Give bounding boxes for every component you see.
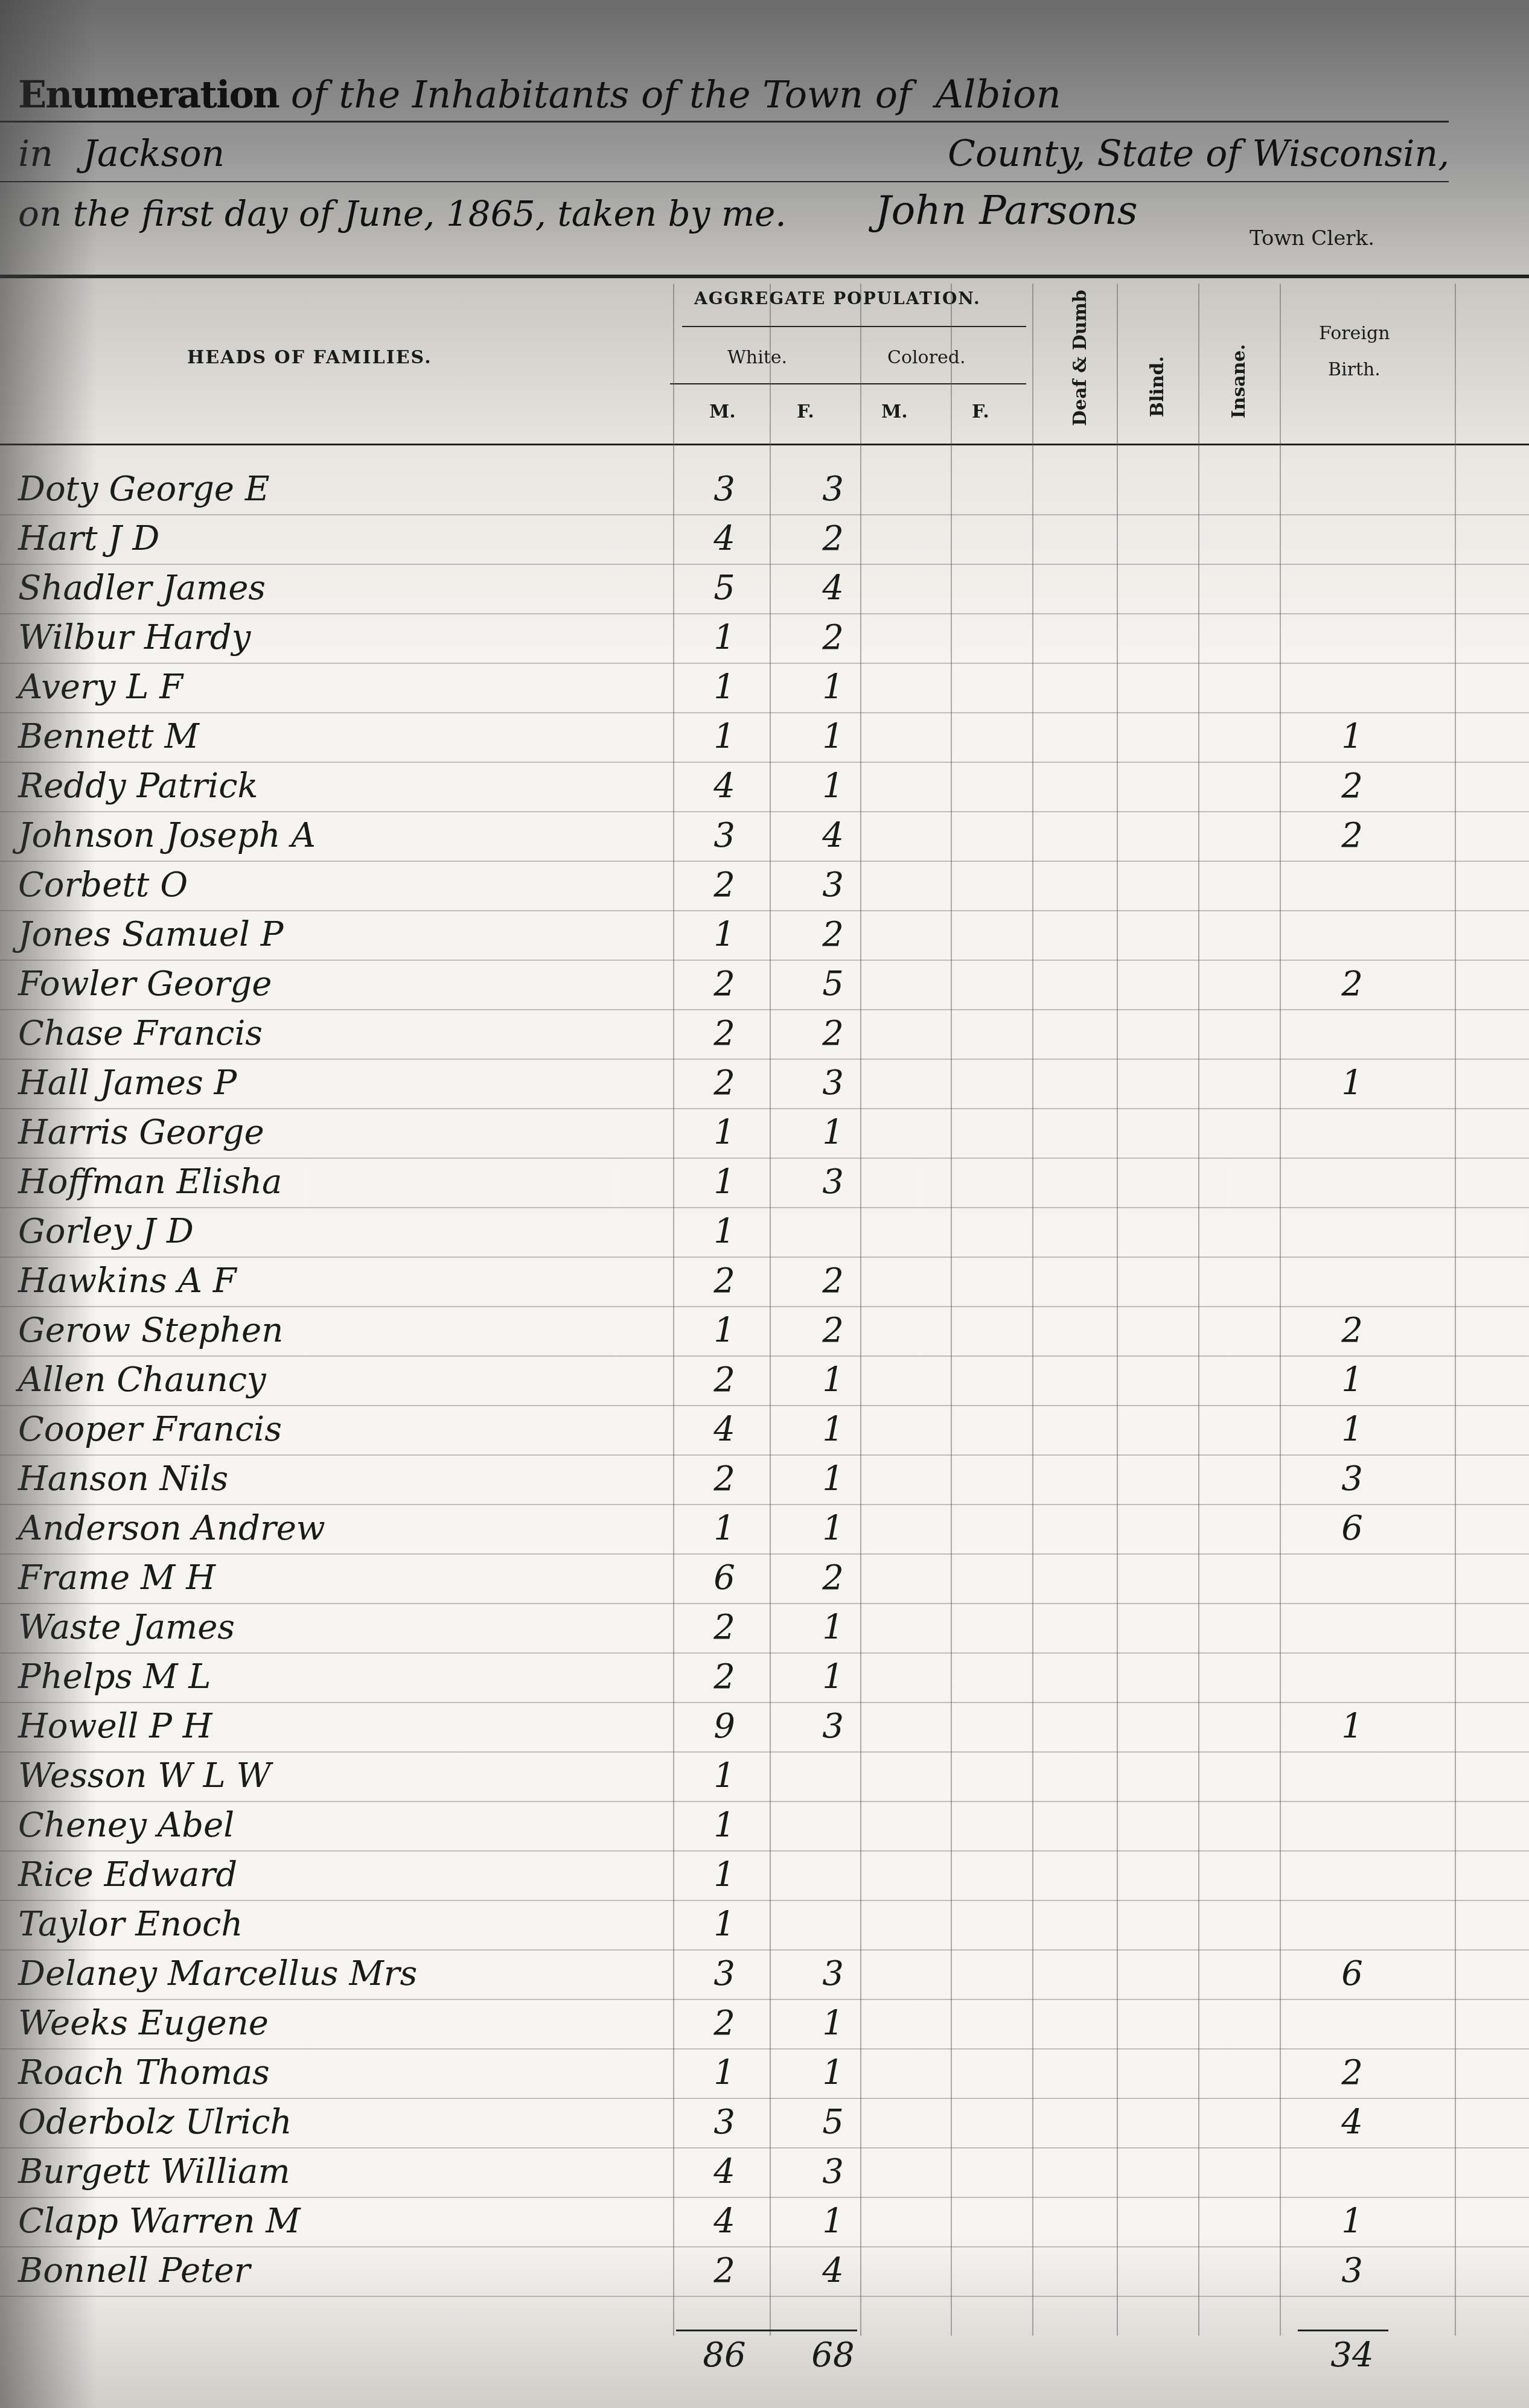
deaf-dumb-header: Deaf & Dumb — [1070, 290, 1091, 426]
title-enumeration: Enumeration — [18, 72, 279, 116]
white-male-count: 1 — [697, 1162, 752, 1202]
table-row: Cooper Francis411 — [0, 1405, 1529, 1456]
foreign-birth-count: 1 — [1325, 2202, 1379, 2241]
white-male-count: 2 — [697, 1608, 752, 1647]
white-female-count: 1 — [806, 2004, 860, 2043]
white-male-count: 2 — [697, 2251, 752, 2290]
foreign-birth-count: 4 — [1325, 2103, 1379, 2142]
head-of-family-name: Roach Thomas — [18, 2053, 270, 2092]
table-row: Taylor Enoch1 — [0, 1900, 1529, 1951]
white-female-count: 3 — [806, 1162, 860, 1202]
white-female-count: 1 — [806, 1608, 860, 1647]
white-male-count: 2 — [697, 1261, 752, 1301]
white-male-count: 3 — [697, 1954, 752, 1993]
head-of-family-name: Clapp Warren M — [18, 2202, 301, 2241]
table-row: Allen Chauncy211 — [0, 1355, 1529, 1406]
table-row: Rice Edward1 — [0, 1850, 1529, 1901]
white-male-count: 2 — [697, 1063, 752, 1103]
table-row: Roach Thomas112 — [0, 2048, 1529, 2099]
head-of-family-name: Fowler George — [18, 964, 272, 1004]
table-row: Fowler George252 — [0, 960, 1529, 1010]
town-clerk-label: Town Clerk. — [1250, 226, 1374, 250]
aggregate-population-header: AGGREGATE POPULATION. — [694, 288, 981, 308]
table-row: Bonnell Peter243 — [0, 2246, 1529, 2297]
white-male-count: 3 — [697, 470, 752, 509]
table-row: Harris George11 — [0, 1108, 1529, 1159]
white-female-count: 1 — [806, 2202, 860, 2241]
white-colored-rule — [670, 383, 1026, 384]
total-foreign-birth: 34 — [1325, 2336, 1379, 2375]
white-m-header: M. — [709, 401, 736, 422]
table-row: Phelps M L21 — [0, 1652, 1529, 1703]
foreign-birth-count: 2 — [1325, 766, 1379, 806]
head-of-family-name: Johnson Joseph A — [18, 816, 316, 855]
table-row: Avery L F11 — [0, 663, 1529, 713]
table-row: Wilbur Hardy12 — [0, 613, 1529, 664]
table-row: Shadler James54 — [0, 564, 1529, 614]
table-row: Chase Francis22 — [0, 1009, 1529, 1060]
head-of-family-name: Hall James P — [18, 1063, 237, 1103]
table-row: Hoffman Elisha13 — [0, 1158, 1529, 1208]
white-female-count: 2 — [806, 915, 860, 954]
white-female-count: 1 — [806, 1657, 860, 1696]
table-row: Anderson Andrew116 — [0, 1504, 1529, 1555]
white-male-count: 9 — [697, 1707, 752, 1746]
head-of-family-name: Harris George — [18, 1113, 264, 1152]
head-of-family-name: Hoffman Elisha — [18, 1162, 282, 1202]
white-male-count: 1 — [697, 667, 752, 707]
head-of-family-name: Chase Francis — [18, 1014, 263, 1053]
clerk-signature: John Parsons — [875, 187, 1138, 234]
head-of-family-name: Gorley J D — [18, 1212, 194, 1251]
white-male-count: 2 — [697, 1657, 752, 1696]
foreign-birth-count: 1 — [1325, 1410, 1379, 1449]
table-row: Cheney Abel1 — [0, 1801, 1529, 1852]
white-female-count: 1 — [806, 667, 860, 707]
head-of-family-name: Cheney Abel — [18, 1806, 234, 1845]
white-female-count: 4 — [806, 569, 860, 608]
white-female-count: 1 — [806, 1459, 860, 1499]
foreign-birth-count: 2 — [1325, 816, 1379, 855]
table-row: Johnson Joseph A342 — [0, 811, 1529, 862]
head-of-family-name: Waste James — [18, 1608, 235, 1647]
head-of-family-name: Hawkins A F — [18, 1261, 237, 1301]
county-state: County, State of Wisconsin, — [948, 133, 1449, 175]
head-of-family-name: Wilbur Hardy — [18, 618, 251, 657]
white-male-count: 4 — [697, 1410, 752, 1449]
white-male-count: 4 — [697, 766, 752, 806]
white-male-count: 1 — [697, 1905, 752, 1944]
head-of-family-name: Burgett William — [18, 2152, 290, 2191]
foreign-birth-count: 3 — [1325, 2251, 1379, 2290]
white-male-count: 1 — [697, 618, 752, 657]
white-female-count: 5 — [806, 2103, 860, 2142]
table-row: Oderbolz Ulrich354 — [0, 2098, 1529, 2148]
white-male-count: 1 — [697, 717, 752, 756]
census-sheet: Enumeration of the Inhabitants of the To… — [0, 0, 1529, 2408]
head-of-family-name: Shadler James — [18, 569, 266, 608]
heads-of-families-header: HEADS OF FAMILIES. — [187, 347, 432, 368]
head-of-family-name: Reddy Patrick — [18, 766, 258, 806]
table-row: Bennett M111 — [0, 712, 1529, 763]
white-female-count: 3 — [806, 1707, 860, 1746]
head-of-family-name: Wesson W L W — [18, 1756, 271, 1795]
table-row: Hanson Nils213 — [0, 1454, 1529, 1505]
white-female-count: 1 — [806, 1410, 860, 1449]
white-male-count: 4 — [697, 519, 752, 558]
town-name: Albion — [936, 72, 1061, 117]
table-row: Wesson W L W1 — [0, 1751, 1529, 1802]
table-row: Gerow Stephen122 — [0, 1306, 1529, 1357]
white-female-count: 3 — [806, 470, 860, 509]
head-of-family-name: Delaney Marcellus Mrs — [18, 1954, 417, 1993]
county-name: Jackson — [83, 133, 225, 175]
total-white-female: 68 — [806, 2336, 860, 2375]
white-female-count: 4 — [806, 2251, 860, 2290]
white-header: White. — [727, 347, 787, 368]
head-of-family-name: Phelps M L — [18, 1657, 211, 1696]
totals-row: 86 68 34 — [0, 2336, 1529, 2390]
white-female-count: 2 — [806, 519, 860, 558]
white-male-count: 1 — [697, 1855, 752, 1894]
white-male-count: 1 — [697, 915, 752, 954]
foreign-birth-count: 3 — [1325, 1459, 1379, 1499]
table-row: Hart J D42 — [0, 514, 1529, 565]
table-row: Hall James P231 — [0, 1059, 1529, 1109]
title-line-1: Enumeration of the Inhabitants of the To… — [18, 72, 1061, 117]
white-male-count: 1 — [697, 1756, 752, 1795]
white-female-count: 2 — [806, 1558, 860, 1597]
white-male-count: 3 — [697, 2103, 752, 2142]
head-of-family-name: Bennett M — [18, 717, 199, 756]
table-row: Burgett William43 — [0, 2147, 1529, 2198]
colored-m-header: M. — [881, 401, 908, 422]
table-row: Weeks Eugene21 — [0, 1999, 1529, 2050]
white-f-header: F. — [797, 401, 814, 422]
head-of-family-name: Weeks Eugene — [18, 2004, 269, 2043]
title-in: in — [18, 133, 53, 175]
head-of-family-name: Anderson Andrew — [18, 1509, 325, 1548]
head-of-family-name: Jones Samuel P — [18, 915, 283, 954]
white-male-count: 2 — [697, 1459, 752, 1499]
totals-rule-foreign — [1298, 2330, 1388, 2331]
white-male-count: 2 — [697, 1360, 752, 1400]
foreign-birth-count: 1 — [1325, 1063, 1379, 1103]
title-rule-2 — [0, 181, 1449, 182]
white-male-count: 4 — [697, 2152, 752, 2191]
table-row: Delaney Marcellus Mrs336 — [0, 1949, 1529, 2000]
white-female-count: 3 — [806, 1954, 860, 1993]
aggregate-rule — [682, 326, 1026, 327]
foreign-birth-count: 6 — [1325, 1954, 1379, 1993]
white-male-count: 2 — [697, 964, 752, 1004]
table-row: Gorley J D1 — [0, 1207, 1529, 1258]
insane-header: Insane. — [1228, 344, 1250, 419]
total-white-male: 86 — [697, 2336, 752, 2375]
table-row: Waste James21 — [0, 1603, 1529, 1654]
white-male-count: 2 — [697, 1014, 752, 1053]
white-female-count: 4 — [806, 816, 860, 855]
white-female-count: 1 — [806, 2053, 860, 2092]
white-male-count: 5 — [697, 569, 752, 608]
table-row: Jones Samuel P12 — [0, 910, 1529, 961]
head-of-family-name: Hanson Nils — [18, 1459, 228, 1499]
white-female-count: 1 — [806, 1113, 860, 1152]
colored-header: Colored. — [887, 347, 966, 368]
head-of-family-name: Gerow Stephen — [18, 1311, 283, 1350]
white-male-count: 1 — [697, 1212, 752, 1251]
head-of-family-name: Doty George E — [18, 470, 270, 509]
foreign-birth-count: 1 — [1325, 1360, 1379, 1400]
foreign-birth-header-1: Foreign — [1319, 323, 1390, 344]
foreign-birth-count: 6 — [1325, 1509, 1379, 1548]
header-bottom-rule — [0, 444, 1529, 445]
colored-f-header: F. — [972, 401, 989, 422]
head-of-family-name: Hart J D — [18, 519, 159, 558]
white-male-count: 1 — [697, 1113, 752, 1152]
white-male-count: 1 — [697, 1311, 752, 1350]
white-female-count: 1 — [806, 1509, 860, 1548]
table-row: Reddy Patrick412 — [0, 762, 1529, 812]
title-rule-1 — [0, 121, 1449, 123]
table-row: Hawkins A F22 — [0, 1257, 1529, 1307]
head-of-family-name: Cooper Francis — [18, 1410, 282, 1449]
foreign-birth-count: 1 — [1325, 717, 1379, 756]
title-prefix: of the Inhabitants of the Town of — [291, 72, 911, 116]
head-of-family-name: Corbett O — [18, 865, 188, 905]
white-female-count: 3 — [806, 865, 860, 905]
totals-rule — [676, 2330, 857, 2331]
foreign-birth-header-2: Birth. — [1328, 359, 1381, 380]
white-female-count: 3 — [806, 2152, 860, 2191]
white-female-count: 2 — [806, 1311, 860, 1350]
foreign-birth-count: 2 — [1325, 2053, 1379, 2092]
head-of-family-name: Howell P H — [18, 1707, 212, 1746]
white-female-count: 1 — [806, 1360, 860, 1400]
title-line-2: in Jackson County, State of Wisconsin, — [18, 133, 225, 175]
title-line-3: on the first day of June, 1865, taken by… — [18, 193, 787, 234]
head-of-family-name: Taylor Enoch — [18, 1905, 243, 1944]
foreign-birth-count: 1 — [1325, 1707, 1379, 1746]
white-male-count: 2 — [697, 2004, 752, 2043]
title-date: on the first day of June, 1865, taken by… — [18, 193, 787, 234]
white-male-count: 6 — [697, 1558, 752, 1597]
white-male-count: 1 — [697, 2053, 752, 2092]
white-female-count: 1 — [806, 717, 860, 756]
white-male-count: 1 — [697, 1509, 752, 1548]
white-male-count: 1 — [697, 1806, 752, 1845]
white-female-count: 2 — [806, 618, 860, 657]
table-row: Corbett O23 — [0, 861, 1529, 911]
white-male-count: 4 — [697, 2202, 752, 2241]
head-of-family-name: Oderbolz Ulrich — [18, 2103, 292, 2142]
head-of-family-name: Frame M H — [18, 1558, 215, 1597]
header-top-rule — [0, 275, 1529, 278]
white-male-count: 3 — [697, 816, 752, 855]
head-of-family-name: Bonnell Peter — [18, 2251, 250, 2290]
head-of-family-name: Avery L F — [18, 667, 183, 707]
foreign-birth-count: 2 — [1325, 1311, 1379, 1350]
table-row: Doty George E33 — [0, 465, 1529, 515]
blind-header: Blind. — [1147, 356, 1168, 417]
white-male-count: 2 — [697, 865, 752, 905]
foreign-birth-count: 2 — [1325, 964, 1379, 1004]
table-row: Frame M H62 — [0, 1553, 1529, 1604]
white-female-count: 1 — [806, 766, 860, 806]
table-row: Clapp Warren M411 — [0, 2197, 1529, 2247]
head-of-family-name: Allen Chauncy — [18, 1360, 266, 1400]
white-female-count: 3 — [806, 1063, 860, 1103]
white-female-count: 5 — [806, 964, 860, 1004]
white-female-count: 2 — [806, 1261, 860, 1301]
table-row: Howell P H931 — [0, 1702, 1529, 1753]
white-female-count: 2 — [806, 1014, 860, 1053]
head-of-family-name: Rice Edward — [18, 1855, 237, 1894]
